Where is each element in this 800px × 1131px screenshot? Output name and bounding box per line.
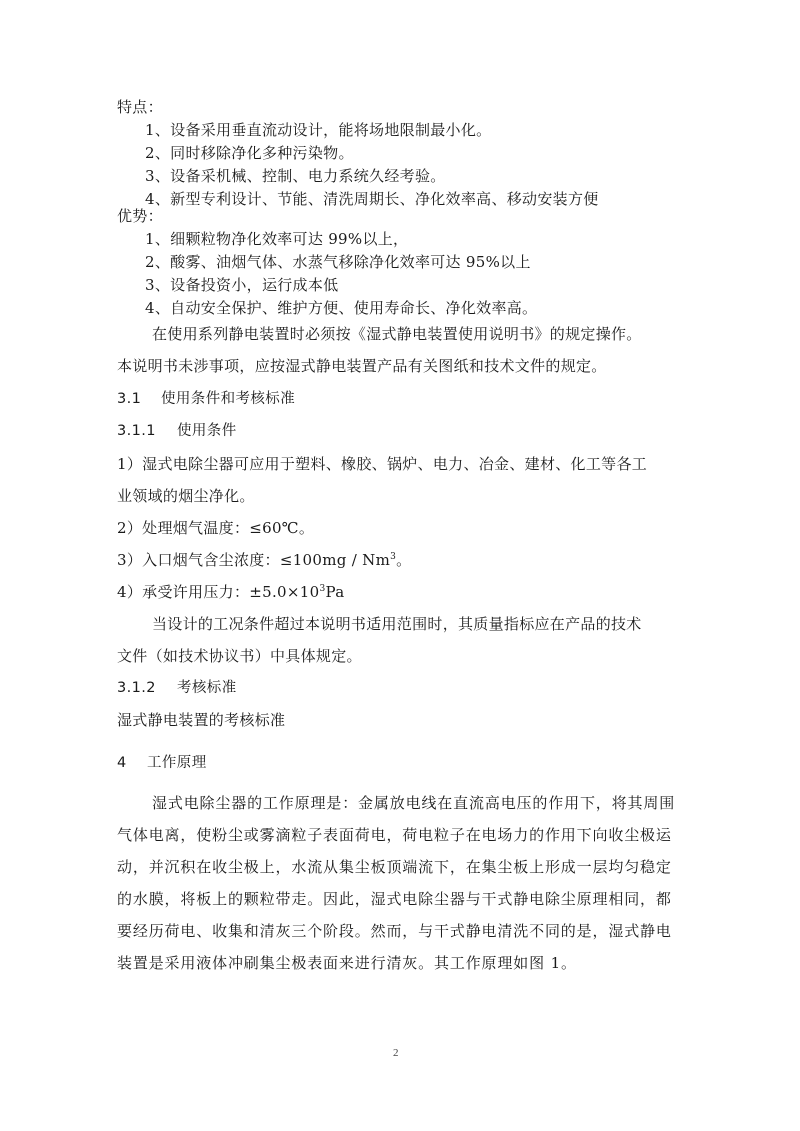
advantage-item: 4、自动安全保护、维护方便、使用寿命长、净化效率高。 xyxy=(145,298,537,318)
assessment-text: 湿式静电装置的考核标准 xyxy=(117,710,285,730)
section-number: 3.1.1 xyxy=(117,421,177,441)
section-title: 使用条件和考核标准 xyxy=(161,391,295,407)
section-heading-3-1-2: 3.1.2考核标准 xyxy=(117,678,237,698)
condition-item-continued: 业领域的烟尘净化。 xyxy=(117,486,255,506)
feature-item: 3、设备采机械、控制、电力系统久经考验。 xyxy=(145,166,446,186)
advantage-item: 2、酸雾、油烟气体、水蒸气移除净化效率可达 95%以上 xyxy=(145,252,531,272)
section-title: 工作原理 xyxy=(147,755,207,771)
intro-paragraph-line: 本说明书未涉事项，应按湿式静电装置产品有关图纸和技术文件的规定。 xyxy=(117,356,607,376)
feature-item: 1、设备采用垂直流动设计，能将场地限制最小化。 xyxy=(145,120,491,140)
principle-paragraph-line: 动，并沉积在收尘极上，水流从集尘板顶端流下，在集尘板上形成一层均匀稳定 xyxy=(117,857,672,877)
condition-item: 1）湿式电除尘器可应用于塑料、橡胶、锅炉、电力、冶金、建材、化工等各工 xyxy=(117,454,647,474)
features-title: 特点： xyxy=(117,97,163,117)
condition-text: 。 xyxy=(396,551,411,569)
feature-item: 2、同时移除净化多种污染物。 xyxy=(145,143,354,163)
principle-paragraph-line: 湿式电除尘器的工作原理是：金属放电线在直流高电压的作用下，将其周围 xyxy=(152,793,675,813)
note-paragraph-line: 文件（如技术协议书）中具体规定。 xyxy=(117,646,362,666)
section-heading-3-1-1: 3.1.1使用条件 xyxy=(117,421,237,441)
principle-paragraph-line: 气体电离，使粉尘或雾滴粒子表面荷电，荷电粒子在电场力的作用下向收尘极运 xyxy=(117,825,672,845)
intro-paragraph-line: 在使用系列静电装置时必须按《湿式静电装置使用说明书》的规定操作。 xyxy=(152,324,642,344)
section-heading-3-1: 3.1使用条件和考核标准 xyxy=(117,389,295,409)
section-title: 使用条件 xyxy=(177,423,237,439)
condition-item: 4）承受许用压力：±5.0×103Pa xyxy=(117,582,344,602)
condition-text: 4）承受许用压力：±5.0×10 xyxy=(117,583,319,601)
advantage-item: 1、细颗粒物净化效率可达 99%以上， xyxy=(145,229,408,249)
section-title: 考核标准 xyxy=(177,680,237,696)
feature-item: 4、新型专利设计、节能、清洗周期长、净化效率高、移动安装方便 xyxy=(145,189,599,209)
section-number: 3.1.2 xyxy=(117,678,177,698)
principle-paragraph-line: 要经历荷电、收集和清灰三个阶段。然而，与干式静电清洗不同的是，湿式静电 xyxy=(117,921,672,941)
principle-paragraph-line: 装置是采用液体冲刷集尘极表面来进行清灰。其工作原理如图 1。 xyxy=(117,953,577,973)
condition-item: 3）入口烟气含尘浓度：≤100mg / Nm3。 xyxy=(117,550,411,570)
page-number: 2 xyxy=(393,1047,399,1059)
advantage-item: 3、设备投资小，运行成本低 xyxy=(145,275,338,295)
condition-text: Pa xyxy=(325,583,344,601)
document-page: 特点： 1、设备采用垂直流动设计，能将场地限制最小化。 2、同时移除净化多种污染… xyxy=(0,0,800,1131)
advantages-title: 优势： xyxy=(117,206,163,226)
note-paragraph-line: 当设计的工况条件超过本说明书适用范围时，其质量指标应在产品的技术 xyxy=(152,614,642,634)
principle-paragraph-line: 的水膜，将板上的颗粒带走。因此，湿式电除尘器与干式静电除尘原理相同，都 xyxy=(117,889,672,909)
section-number: 3.1 xyxy=(117,389,161,409)
section-heading-4: 4工作原理 xyxy=(117,753,207,773)
condition-text: 3）入口烟气含尘浓度：≤100mg / Nm xyxy=(117,551,390,569)
section-number: 4 xyxy=(117,753,147,773)
condition-item: 2）处理烟气温度：≤60℃。 xyxy=(117,518,314,538)
